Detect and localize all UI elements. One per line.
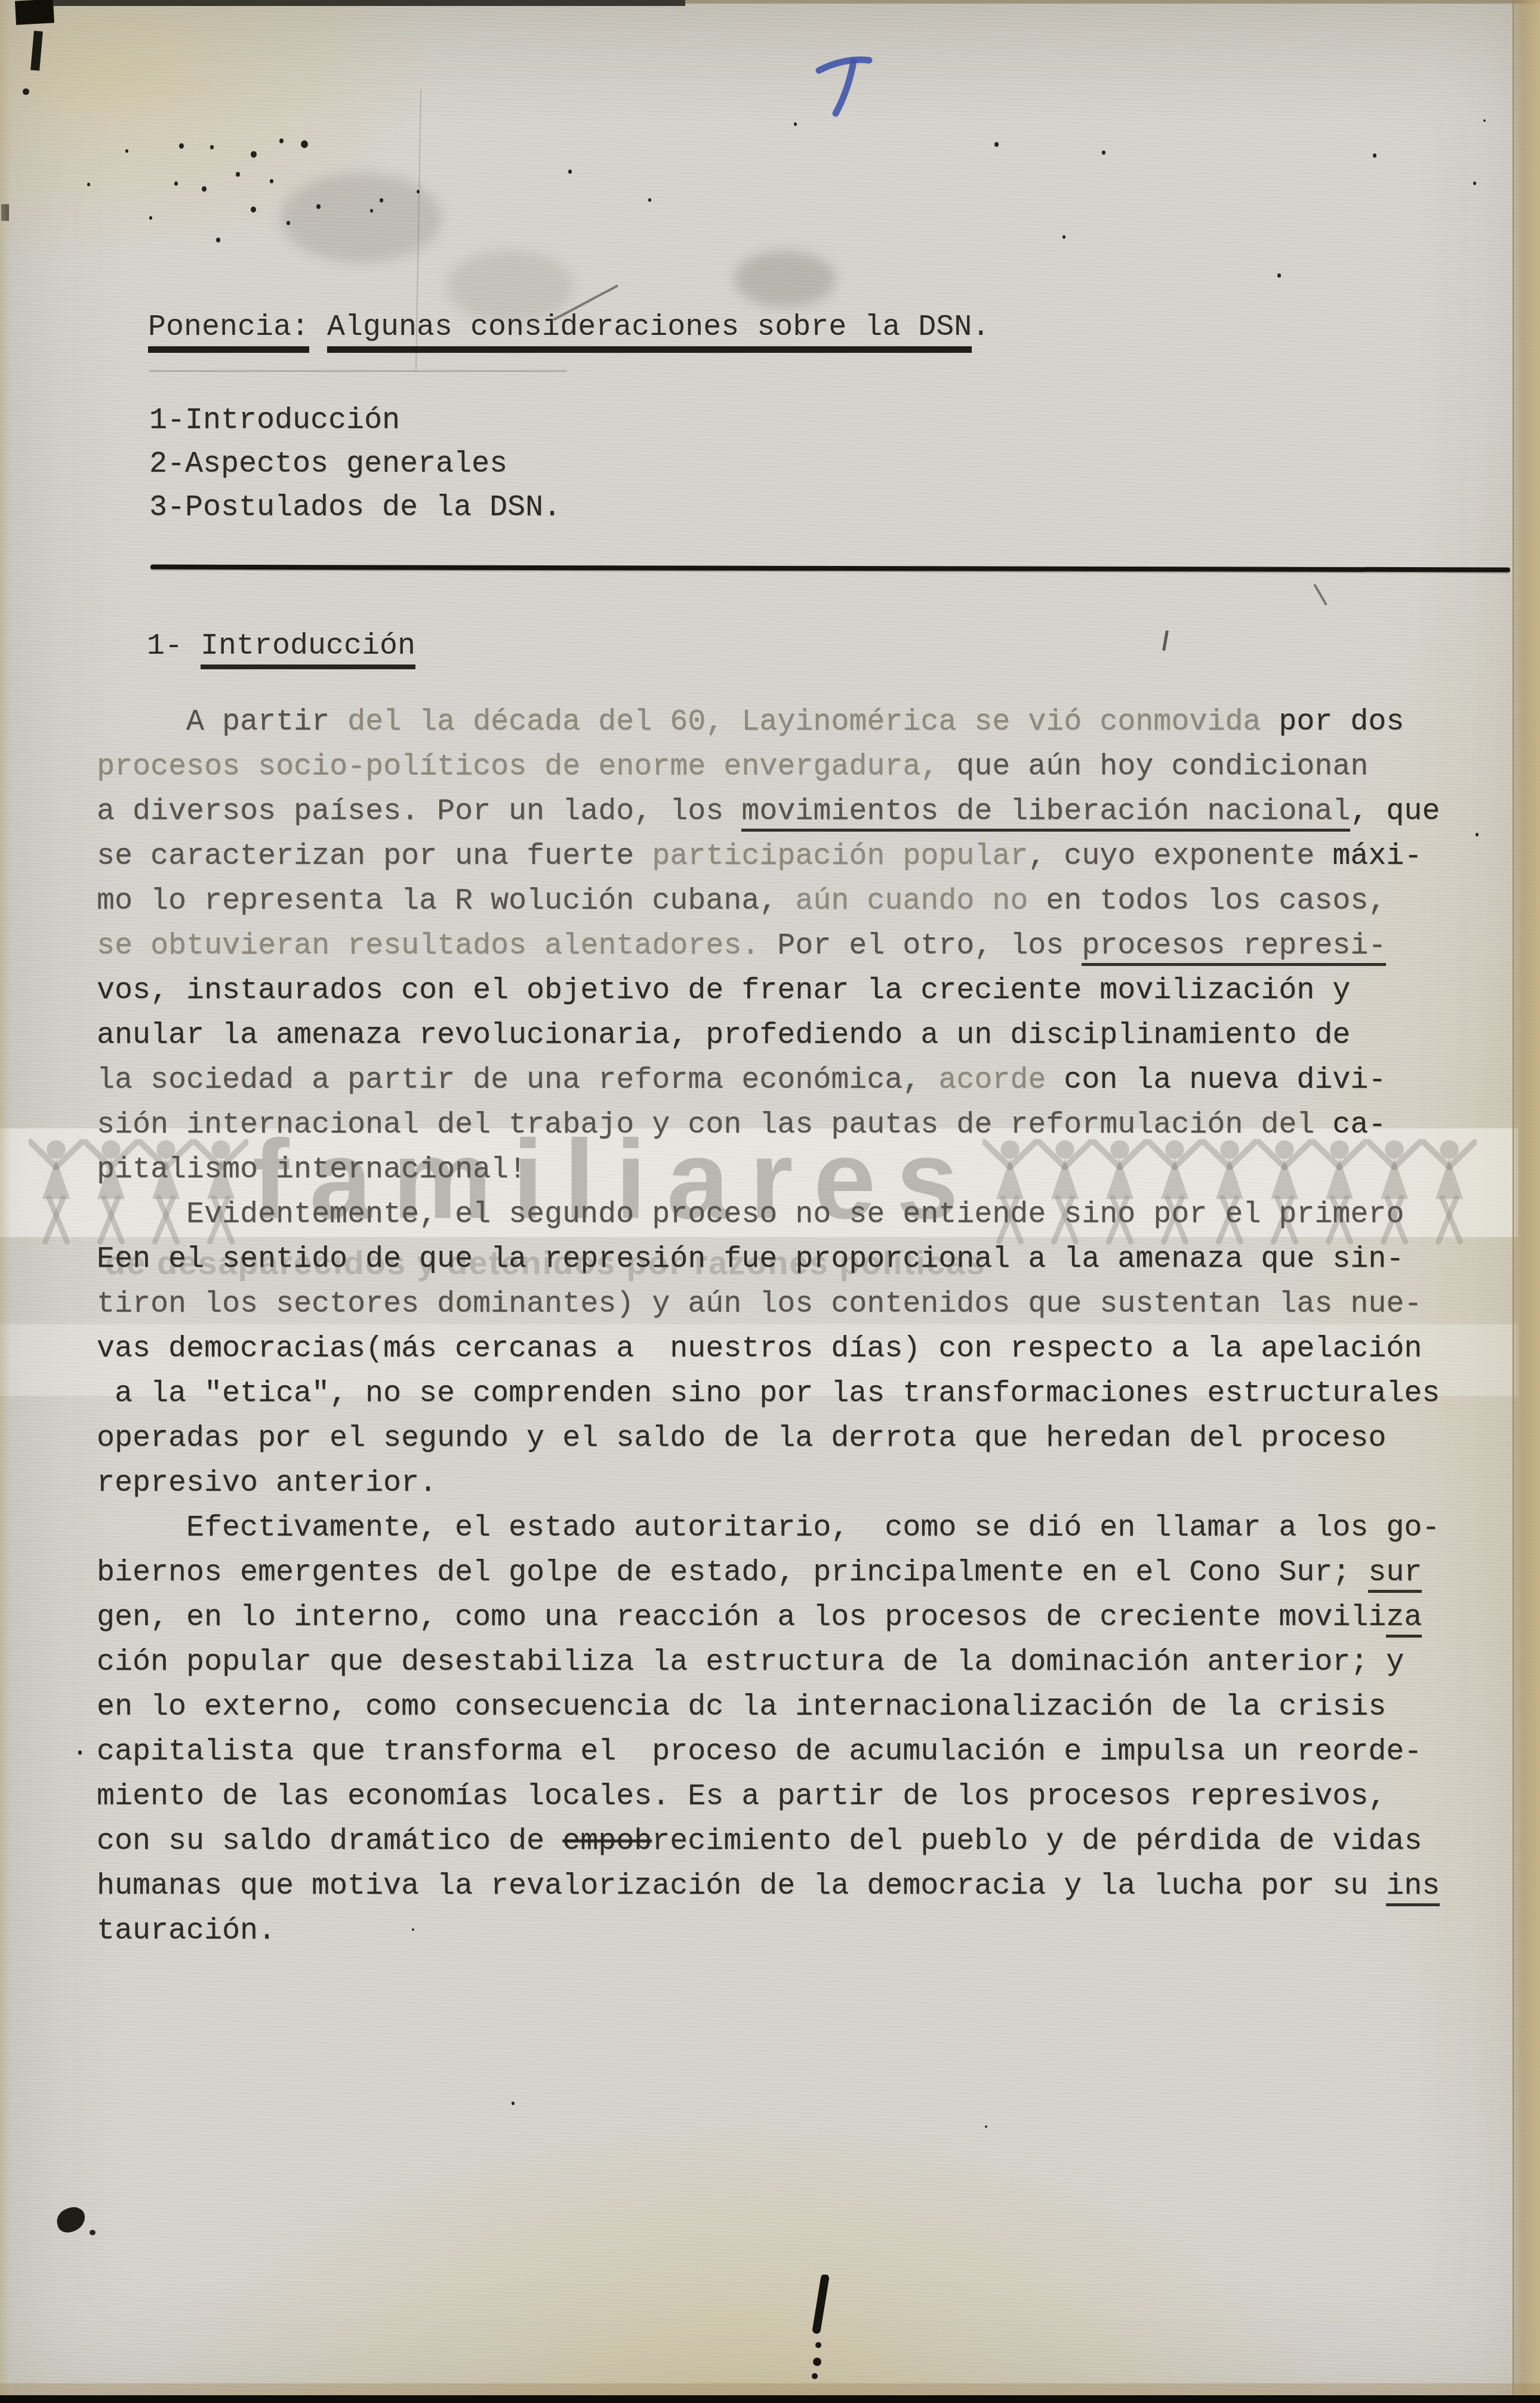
- paper-speckle: [287, 221, 290, 225]
- paper-speckle: [301, 140, 308, 148]
- text-line: mo lo representa la R wolución cubana, a…: [97, 879, 1440, 924]
- text-line: Evidentemente, el segundo proceso no se …: [97, 1192, 1440, 1237]
- paper-speckle: [202, 186, 207, 192]
- body-text: A partir del la década del 60, Layinomér…: [97, 700, 1440, 1953]
- paper-speckle: [174, 181, 178, 186]
- paper-speckle: [1277, 273, 1281, 278]
- paper-speckle: [985, 2125, 987, 2128]
- text-line: procesos socio-políticos de enorme enver…: [97, 744, 1440, 789]
- text-line: vas democracias(más cercanas a nuestros …: [97, 1327, 1440, 1371]
- text-line: ción popular que desestabiliza la estruc…: [97, 1640, 1440, 1685]
- section-number: 1-: [147, 629, 201, 663]
- title-label: Ponencia:: [148, 310, 309, 353]
- scanned-document-page: familiares de desaparecidos y detenidos …: [0, 0, 1540, 2403]
- paper-speckle: [412, 1928, 414, 1931]
- text-line: la sociedad a partir de una reforma econ…: [97, 1058, 1440, 1103]
- paper-speckle: [512, 2102, 515, 2105]
- corner-mark: [30, 30, 43, 70]
- paper-speckle: [994, 142, 999, 147]
- text-line: con su saldo dramático de empobrecimient…: [97, 1819, 1440, 1864]
- text-line: represivo anterior.: [97, 1461, 1440, 1506]
- page-edge-top: [53, 0, 685, 6]
- table-of-contents: 1-Introducción 2-Aspectos generales 3-Po…: [149, 399, 561, 530]
- text-line: biernos emergentes del golpe de estado, …: [97, 1550, 1440, 1595]
- text-line: Efectivamente, el estado autoritario, co…: [97, 1506, 1440, 1550]
- section-heading: 1- Introducción: [147, 628, 415, 665]
- toc-item: 3-Postulados de la DSN.: [149, 486, 561, 530]
- page-edge-bottom: [0, 2383, 1540, 2395]
- paper-speckle: [210, 145, 214, 149]
- toc-item: 2-Aspectos generales: [149, 442, 561, 486]
- page-edge-top: [685, 0, 1540, 4]
- ink-blot-dot: [90, 2230, 96, 2235]
- text-line: miento de las economías locales. Es a pa…: [97, 1774, 1440, 1819]
- text-line: tauración.: [97, 1909, 1440, 1953]
- paper-speckle: [279, 139, 284, 143]
- paper-speckle: [417, 190, 420, 193]
- paper-speckle: [1102, 150, 1105, 155]
- paper-speckle: [251, 207, 256, 213]
- text-line: pitalismo internacional!: [97, 1147, 1440, 1192]
- paper-speckle: [370, 209, 373, 213]
- paper-speckle: [1062, 235, 1065, 239]
- ink-stroke-mark: [805, 2275, 840, 2385]
- paper-speckle: [270, 179, 273, 183]
- section-title: Introducción: [201, 629, 415, 669]
- paper-speckle: [236, 172, 240, 177]
- corner-mark: [23, 88, 29, 95]
- paper-speckle: [125, 149, 128, 153]
- text-line: humanas que motiva la revalorización de …: [97, 1864, 1440, 1909]
- paper-speckle: [149, 216, 152, 220]
- paper-speckle: [216, 238, 220, 242]
- divider-rule: [150, 565, 1510, 573]
- text-line: gen, en lo interno, como una reacción a …: [97, 1595, 1440, 1640]
- title-text: Algunas consideraciones sobre la DSN: [327, 310, 972, 353]
- page-edge-bottom: [0, 2395, 1540, 2403]
- stray-mark: [1162, 630, 1169, 651]
- paper-speckle: [794, 122, 797, 126]
- paper-speckle: [251, 151, 257, 158]
- paper-speckle: [87, 183, 90, 186]
- paper-speckle: [648, 198, 651, 202]
- text-line: se caracterizan por una fuerte participa…: [97, 834, 1440, 879]
- paper-speckle: [1476, 833, 1479, 836]
- toc-item: 1-Introducción: [149, 399, 561, 442]
- paper-speckle: [568, 170, 572, 174]
- text-line: tiron los sectores dominantes) y aún los…: [97, 1282, 1440, 1327]
- page-edge-left: [0, 0, 11, 2403]
- text-line: capitalista que transforma el proceso de…: [97, 1730, 1440, 1774]
- text-line: Een el sentido de que la represión fue p…: [97, 1237, 1440, 1282]
- paper-speckle: [179, 143, 184, 149]
- stray-mark: [1313, 584, 1327, 606]
- text-line: operadas por el segundo y el saldo de la…: [97, 1416, 1440, 1461]
- text-line: se obtuvieran resultados alentadores. Po…: [97, 924, 1440, 968]
- title-period: .: [972, 310, 990, 344]
- paper-speckle: [78, 1750, 82, 1755]
- text-line: anular la amenaza revolucionaria, profed…: [97, 1013, 1440, 1058]
- text-line: a diversos países. Por un lado, los movi…: [97, 789, 1440, 834]
- text-line: vos, instaurados con el objetivo de fren…: [97, 968, 1440, 1013]
- text-line: a la "etica", no se comprenden sino por …: [97, 1371, 1440, 1416]
- paper-speckle: [380, 198, 383, 202]
- paper-speckle: [1483, 119, 1486, 122]
- text-line: en lo externo, como consecuencia dc la i…: [97, 1685, 1440, 1730]
- paper-doll-icon: [29, 1133, 84, 1262]
- text-line: A partir del la década del 60, Layinomér…: [97, 700, 1440, 744]
- smudge: [734, 251, 836, 307]
- faint-pencil-line: [149, 370, 567, 372]
- paper-speckle: [316, 204, 321, 209]
- document-title: Ponencia: Algunas consideraciones sobre …: [148, 309, 990, 346]
- ink-blot: [54, 2204, 88, 2235]
- corner-mark: [15, 0, 54, 25]
- text-line: sión internacional del trabajo y con las…: [97, 1103, 1440, 1147]
- paper-speckle: [1473, 181, 1476, 185]
- page-edge-right: [1513, 0, 1540, 2403]
- paper-speckle: [1373, 153, 1376, 158]
- handwritten-t-mark: [811, 42, 882, 119]
